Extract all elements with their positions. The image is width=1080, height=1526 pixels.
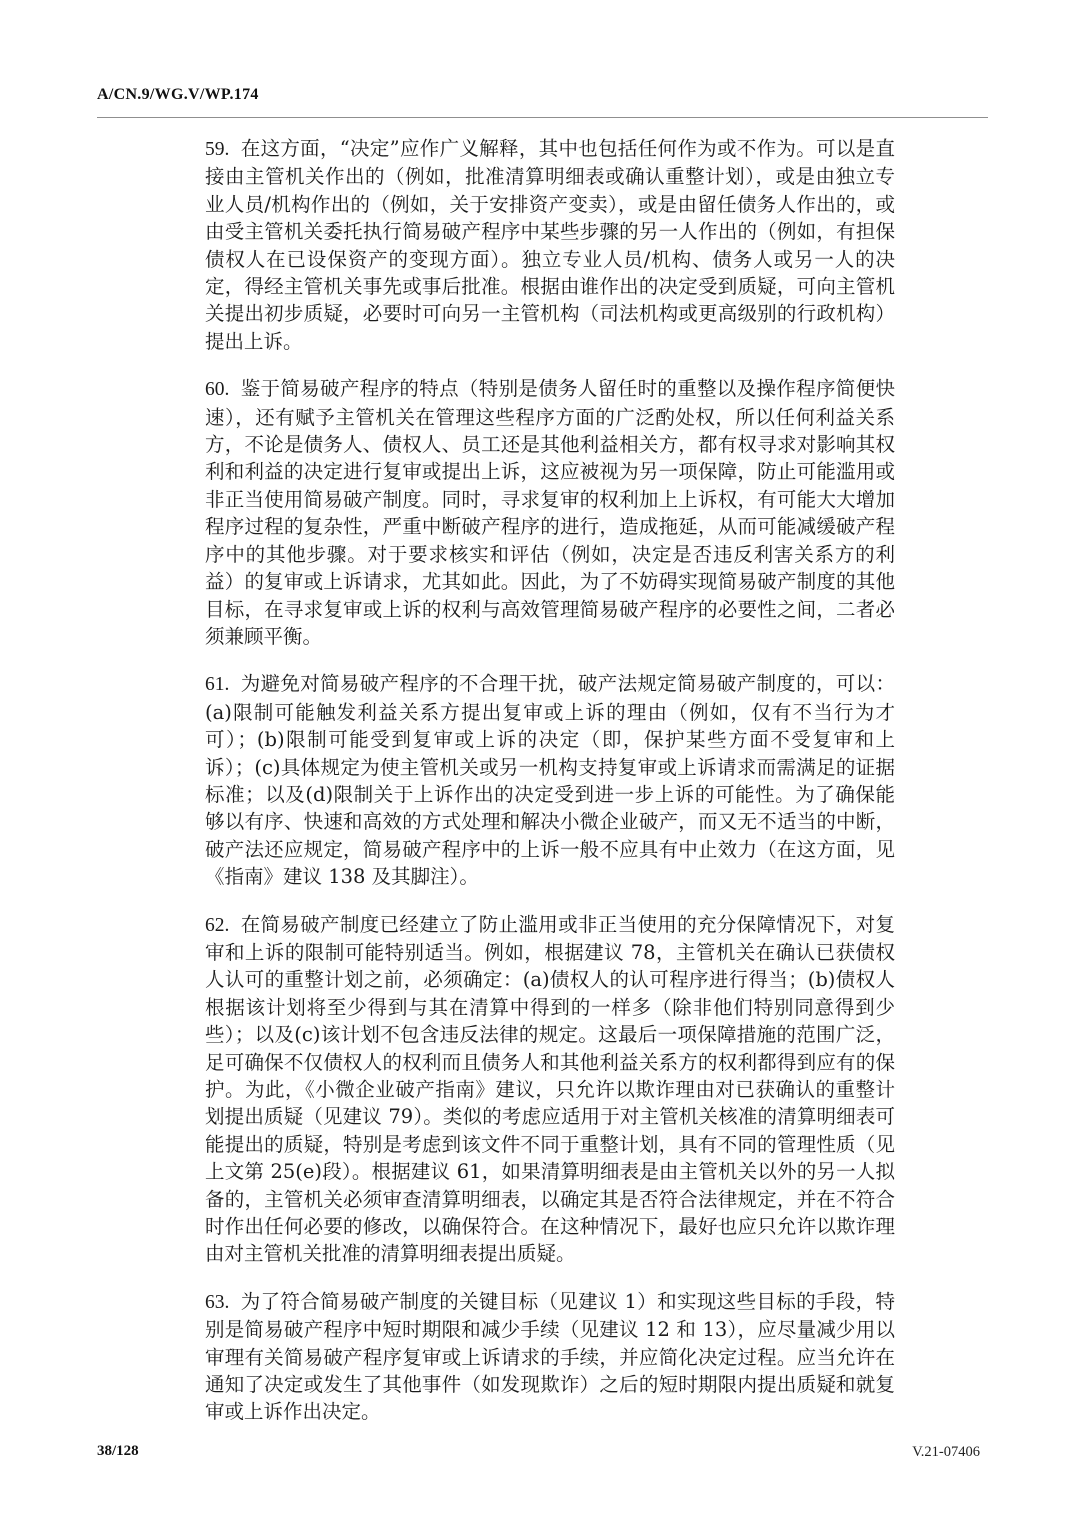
document-page: A/CN.9/WG.V/WP.174 59.在这方面，“决定”应作广义解释，其中… bbox=[0, 0, 1080, 1526]
paragraph-text: 鉴于简易破产程序的特点（特别是债务人留任时的重整以及操作程序简便快速），还有赋予… bbox=[205, 377, 895, 648]
paragraph-62: 62.在简易破产制度已经建立了防止滥用或非正当使用的充分保障情况下，对复审和上诉… bbox=[205, 911, 895, 1268]
paragraph-59: 59.在这方面，“决定”应作广义解释，其中也包括任何作为或不作为。可以是直接由主… bbox=[205, 135, 895, 355]
document-symbol: A/CN.9/WG.V/WP.174 bbox=[97, 86, 259, 104]
paragraph-text: 在这方面，“决定”应作广义解释，其中也包括任何作为或不作为。可以是直接由主管机关… bbox=[205, 137, 895, 353]
page-number: 38/128 bbox=[97, 1443, 139, 1460]
paragraph-text: 在简易破产制度已经建立了防止滥用或非正当使用的充分保障情况下，对复审和上诉的限制… bbox=[205, 913, 895, 1266]
paragraph-number: 62. bbox=[205, 915, 229, 936]
paragraph-text: 为避免对简易破产程序的不合理干扰，破产法规定简易破产制度的，可以：(a)限制可能… bbox=[205, 672, 895, 888]
paragraph-63: 63.为了符合简易破产制度的关键目标（见建议 1）和实现这些目标的手段，特别是简… bbox=[205, 1288, 895, 1426]
header-rule bbox=[97, 117, 988, 118]
document-body: 59.在这方面，“决定”应作广义解释，其中也包括任何作为或不作为。可以是直接由主… bbox=[205, 135, 895, 1446]
paragraph-number: 61. bbox=[205, 674, 229, 695]
paragraph-60: 60.鉴于简易破产程序的特点（特别是债务人留任时的重整以及操作程序简便快速），还… bbox=[205, 375, 895, 650]
paragraph-number: 63. bbox=[205, 1292, 229, 1313]
document-reference: V.21-07406 bbox=[912, 1444, 980, 1461]
paragraph-text: 为了符合简易破产制度的关键目标（见建议 1）和实现这些目标的手段，特别是简易破产… bbox=[205, 1290, 895, 1424]
paragraph-number: 59. bbox=[205, 139, 229, 160]
paragraph-number: 60. bbox=[205, 379, 229, 400]
paragraph-61: 61.为避免对简易破产程序的不合理干扰，破产法规定简易破产制度的，可以：(a)限… bbox=[205, 670, 895, 890]
